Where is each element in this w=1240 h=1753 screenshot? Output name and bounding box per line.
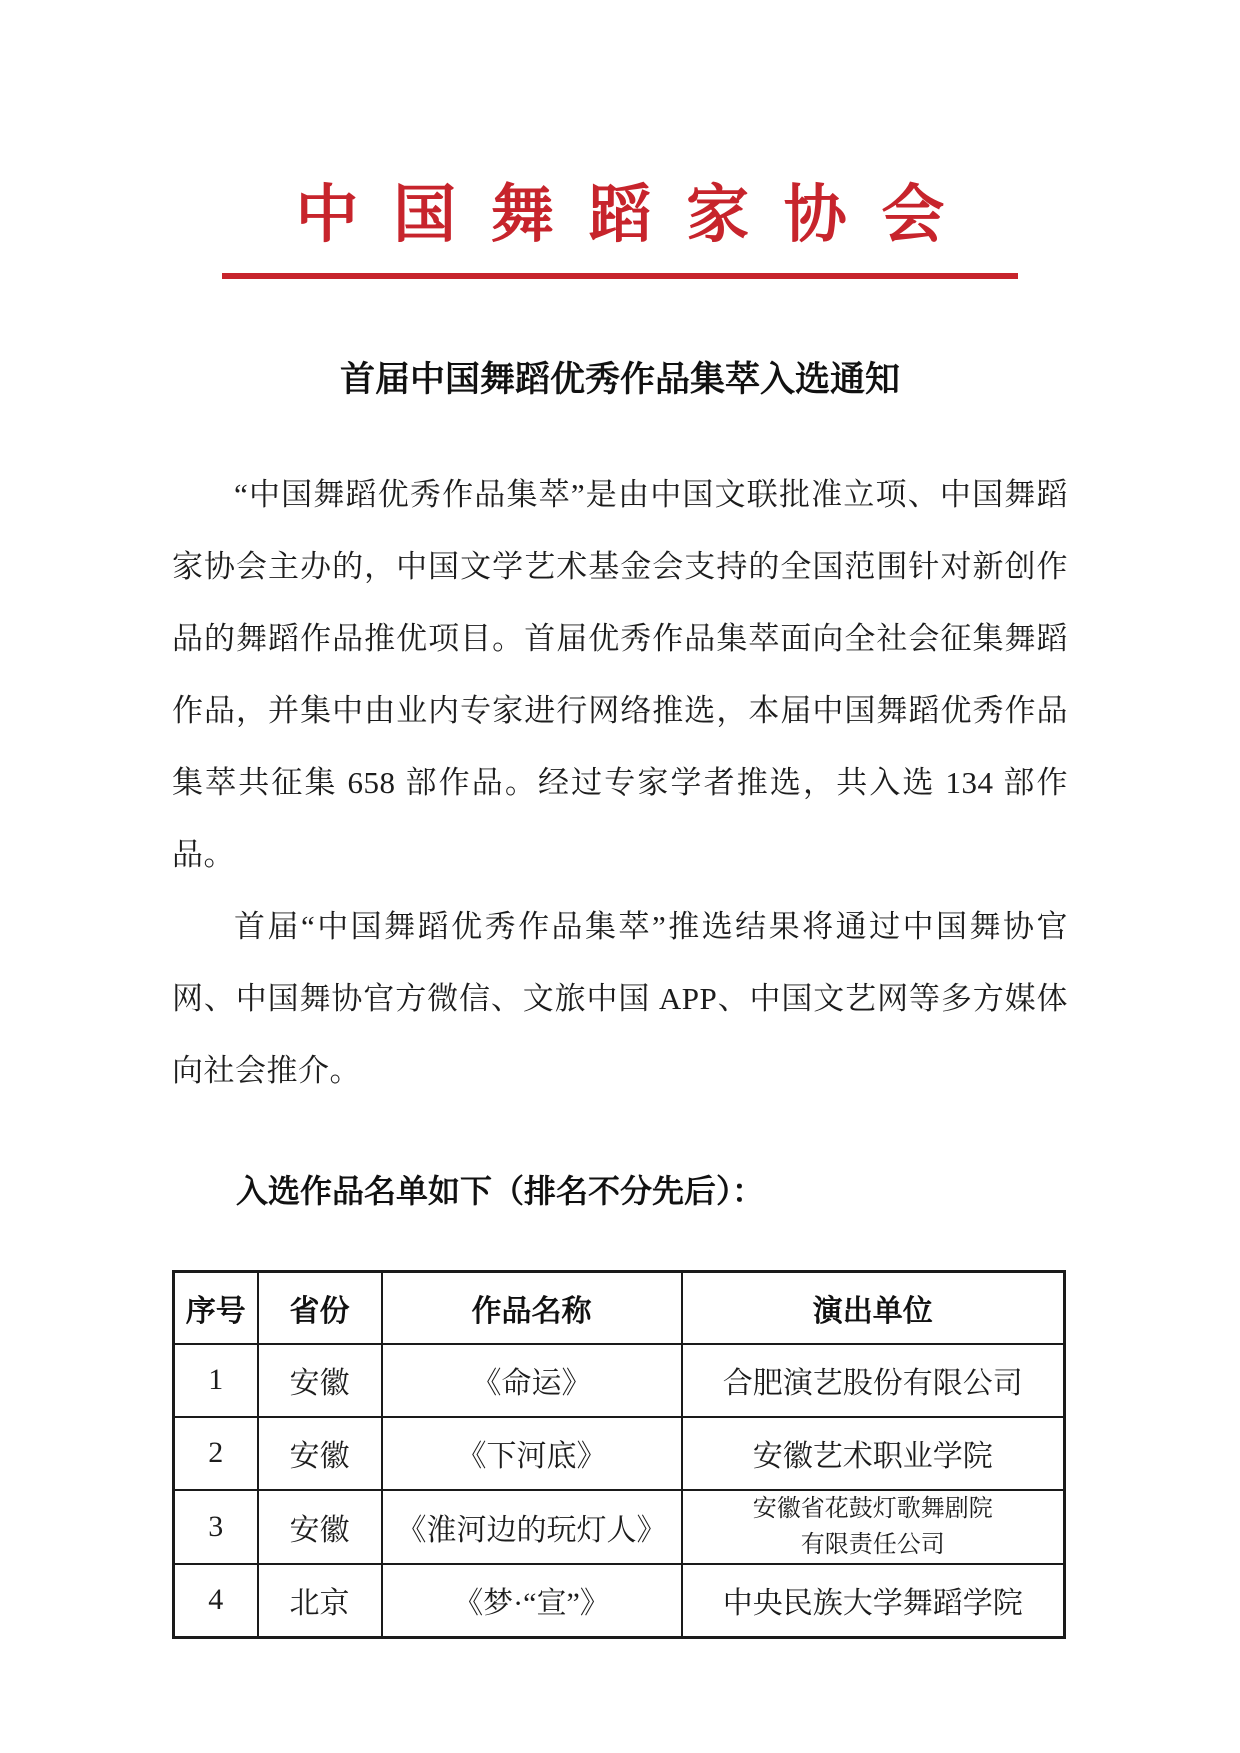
- organization-name: 中国舞蹈家协会: [0, 184, 1240, 247]
- table-cell: 安徽: [258, 1344, 382, 1417]
- table-row: 2安徽《下河底》安徽艺术职业学院: [174, 1417, 1065, 1490]
- table-cell: 《下河底》: [382, 1417, 682, 1490]
- table-cell: 安徽: [258, 1417, 382, 1490]
- table-cell: 安徽省花鼓灯歌舞剧院 有限责任公司: [682, 1490, 1065, 1564]
- works-table-body: 1安徽《命运》合肥演艺股份有限公司2安徽《下河底》安徽艺术职业学院3安徽《淮河边…: [174, 1344, 1065, 1638]
- table-cell: 中央民族大学舞蹈学院: [682, 1564, 1065, 1638]
- table-cell: 3: [174, 1490, 258, 1564]
- list-heading: 入选作品名单如下（排名不分先后）：: [172, 1169, 1068, 1214]
- table-cell: 《淮河边的玩灯人》: [382, 1490, 682, 1564]
- column-header: 序号: [174, 1271, 258, 1344]
- column-header: 省份: [258, 1271, 382, 1344]
- column-header: 演出单位: [682, 1271, 1065, 1344]
- table-cell: 2: [174, 1417, 258, 1490]
- table-cell: 安徽艺术职业学院: [682, 1417, 1065, 1490]
- letterhead: 中国舞蹈家协会: [0, 0, 1240, 279]
- table-cell: 合肥演艺股份有限公司: [682, 1344, 1065, 1417]
- works-table: 序号省份作品名称演出单位 1安徽《命运》合肥演艺股份有限公司2安徽《下河底》安徽…: [172, 1270, 1066, 1639]
- notice-document-page: 中国舞蹈家协会 首届中国舞蹈优秀作品集萃入选通知 “中国舞蹈优秀作品集萃”是由中…: [0, 0, 1240, 1753]
- table-cell: 1: [174, 1344, 258, 1417]
- document-body: “中国舞蹈优秀作品集萃”是由中国文联批准立项、中国舞蹈家协会主办的，中国文学艺术…: [172, 459, 1068, 1639]
- table-cell: 《梦·“宣”》: [382, 1564, 682, 1638]
- table-cell: 安徽: [258, 1490, 382, 1564]
- body-paragraph-1: “中国舞蹈优秀作品集萃”是由中国文联批准立项、中国舞蹈家协会主办的，中国文学艺术…: [172, 459, 1068, 891]
- table-cell: 《命运》: [382, 1344, 682, 1417]
- table-row: 4北京《梦·“宣”》中央民族大学舞蹈学院: [174, 1564, 1065, 1638]
- table-cell: 4: [174, 1564, 258, 1638]
- letterhead-divider: [222, 273, 1018, 279]
- table-row: 3安徽《淮河边的玩灯人》安徽省花鼓灯歌舞剧院 有限责任公司: [174, 1490, 1065, 1564]
- table-row: 1安徽《命运》合肥演艺股份有限公司: [174, 1344, 1065, 1417]
- body-paragraph-2: 首届“中国舞蹈优秀作品集萃”推选结果将通过中国舞协官网、中国舞协官方微信、文旅中…: [172, 891, 1068, 1107]
- table-cell: 北京: [258, 1564, 382, 1638]
- works-table-head: 序号省份作品名称演出单位: [174, 1271, 1065, 1344]
- document-title: 首届中国舞蹈优秀作品集萃入选通知: [0, 359, 1240, 401]
- column-header: 作品名称: [382, 1271, 682, 1344]
- header-row: 序号省份作品名称演出单位: [174, 1271, 1065, 1344]
